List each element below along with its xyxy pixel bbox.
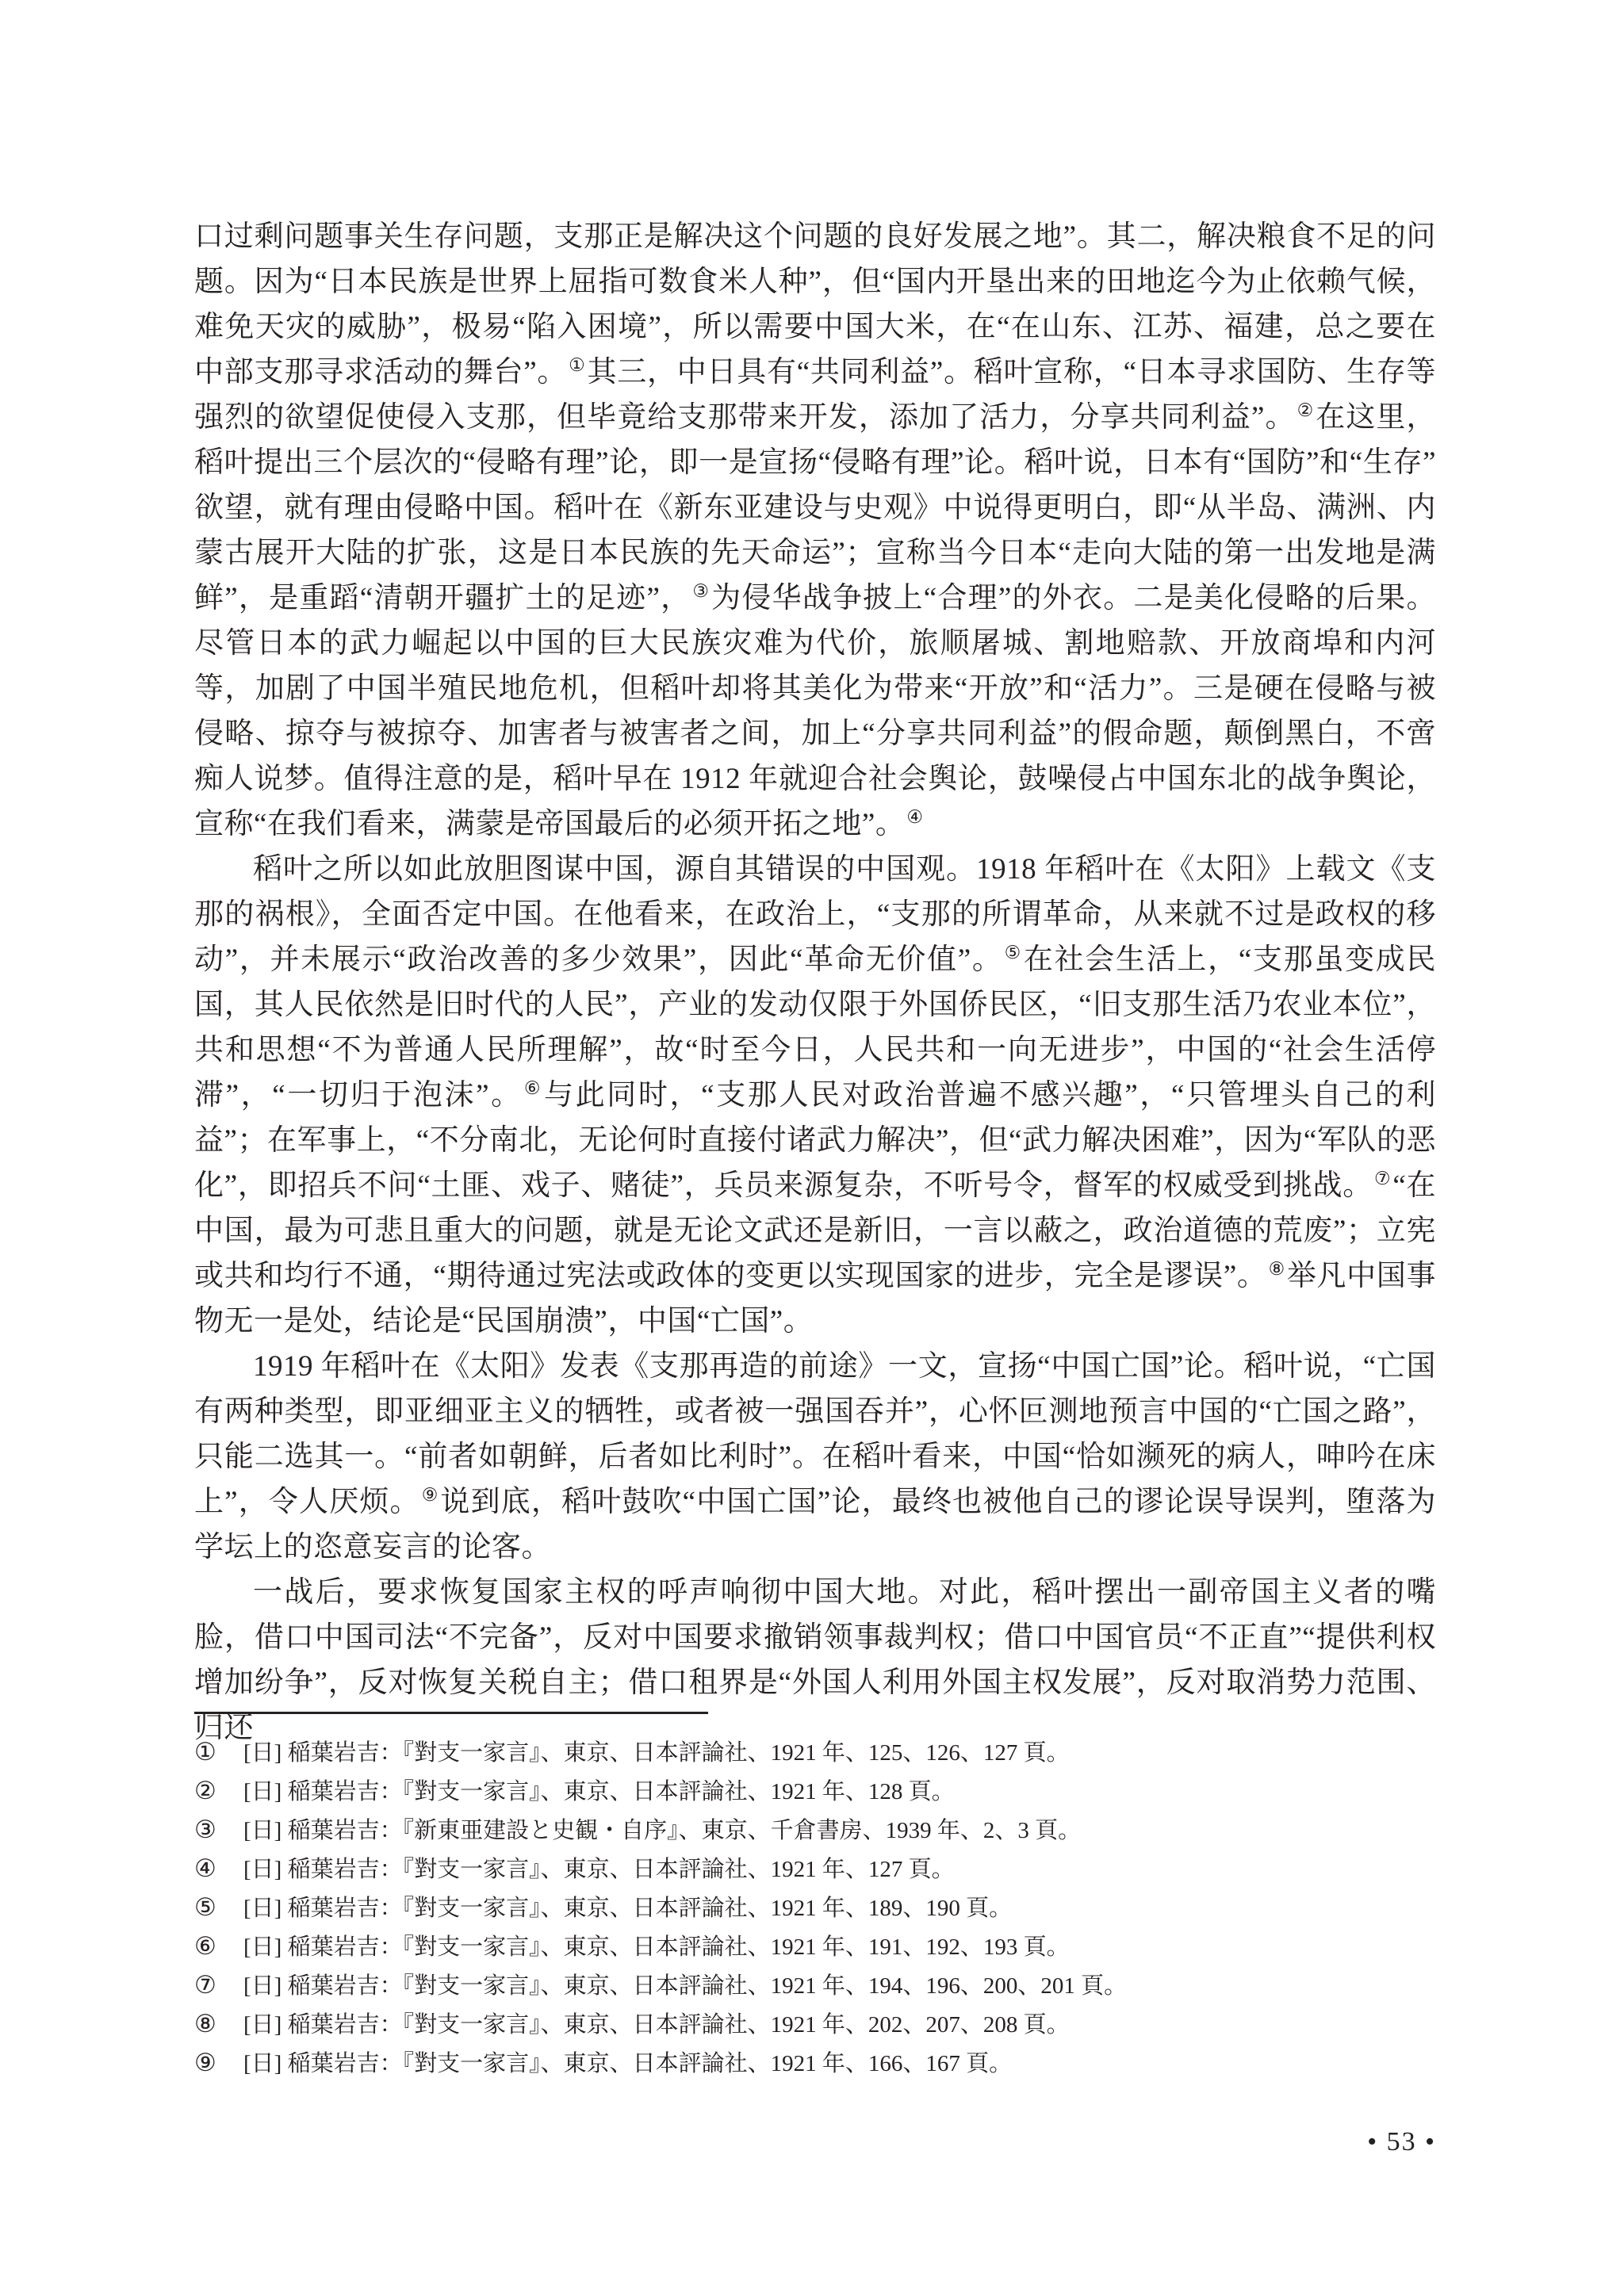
footnotes: ① [日] 稲葉岩吉：『對支一家言』、東京、日本評論社、1921 年、125、1… [194, 1733, 1436, 2083]
footnote-marker: ⑨ [194, 2044, 243, 2082]
footnote-row: ④ [日] 稲葉岩吉：『對支一家言』、東京、日本評論社、1921 年、127 頁… [194, 1850, 1436, 1888]
footnote-row: ② [日] 稲葉岩吉：『對支一家言』、東京、日本評論社、1921 年、128 頁… [194, 1772, 1436, 1811]
body-text: 口过剩问题事关生存问题，支那正是解决这个问题的良好发展之地”。其二，解决粮食不足… [194, 214, 1436, 1751]
footnote-text: [日] 稲葉岩吉：『對支一家言』、東京、日本評論社、1921 年、189、190… [243, 1889, 1436, 1927]
footnote-row: ① [日] 稲葉岩吉：『對支一家言』、東京、日本評論社、1921 年、125、1… [194, 1733, 1436, 1772]
footnote-text: [日] 稲葉岩吉：『對支一家言』、東京、日本評論社、1921 年、125、126… [243, 1734, 1436, 1772]
footnote-marker: ⑦ [194, 1966, 243, 2004]
footnote-row: ⑤ [日] 稲葉岩吉：『對支一家言』、東京、日本評論社、1921 年、189、1… [194, 1888, 1436, 1927]
footnote-separator [194, 1712, 708, 1714]
footnote-marker: ⑧ [194, 2005, 243, 2043]
footnote-text: [日] 稲葉岩吉：『對支一家言』、東京、日本評論社、1921 年、191、192… [243, 1928, 1436, 1966]
footnote-marker: ⑤ [194, 1888, 243, 1927]
footnote-row: ③ [日] 稲葉岩吉：『新東亜建設と史観・自序』、東京、千倉書房、1939 年、… [194, 1811, 1436, 1850]
footnote-row: ⑧ [日] 稲葉岩吉：『對支一家言』、東京、日本評論社、1921 年、202、2… [194, 2005, 1436, 2044]
footnote-row: ⑦ [日] 稲葉岩吉：『對支一家言』、東京、日本評論社、1921 年、194、1… [194, 1966, 1436, 2005]
footnote-text: [日] 稲葉岩吉：『對支一家言』、東京、日本評論社、1921 年、128 頁。 [243, 1773, 1436, 1811]
footnote-text: [日] 稲葉岩吉：『新東亜建設と史観・自序』、東京、千倉書房、1939 年、2、… [243, 1812, 1436, 1850]
footnote-row: ⑨ [日] 稲葉岩吉：『對支一家言』、東京、日本評論社、1921 年、166、1… [194, 2044, 1436, 2083]
footnote-text: [日] 稲葉岩吉：『對支一家言』、東京、日本評論社、1921 年、194、196… [243, 1967, 1436, 2005]
footnote-row: ⑥ [日] 稲葉岩吉：『對支一家言』、東京、日本評論社、1921 年、191、1… [194, 1927, 1436, 1966]
document-page: 口过剩问题事关生存问题，支那正是解决这个问题的良好发展之地”。其二，解决粮食不足… [0, 0, 1624, 2296]
footnote-marker: ① [194, 1733, 243, 1771]
paragraph-3: 1919 年稻叶在《太阳》发表《支那再造的前途》一文，宣扬“中国亡国”论。稻叶说… [194, 1344, 1436, 1570]
paragraph-4: 一战后，要求恢复国家主权的呼声响彻中国大地。对此，稻叶摆出一副帝国主义者的嘴脸，… [194, 1570, 1436, 1751]
footnote-marker: ③ [194, 1811, 243, 1849]
page-number: • 53 • [194, 2126, 1436, 2158]
footnote-text: [日] 稲葉岩吉：『對支一家言』、東京、日本評論社、1921 年、127 頁。 [243, 1850, 1436, 1888]
footnote-marker: ④ [194, 1850, 243, 1888]
paragraph-1: 口过剩问题事关生存问题，支那正是解决这个问题的良好发展之地”。其二，解决粮食不足… [194, 214, 1436, 847]
footnote-text: [日] 稲葉岩吉：『對支一家言』、東京、日本評論社、1921 年、166、167… [243, 2045, 1436, 2083]
footnote-text: [日] 稲葉岩吉：『對支一家言』、東京、日本評論社、1921 年、202、207… [243, 2006, 1436, 2044]
footnote-marker: ⑥ [194, 1927, 243, 1965]
footnote-marker: ② [194, 1772, 243, 1810]
paragraph-2: 稻叶之所以如此放胆图谋中国，源自其错误的中国观。1918 年稻叶在《太阳》上载文… [194, 847, 1436, 1344]
